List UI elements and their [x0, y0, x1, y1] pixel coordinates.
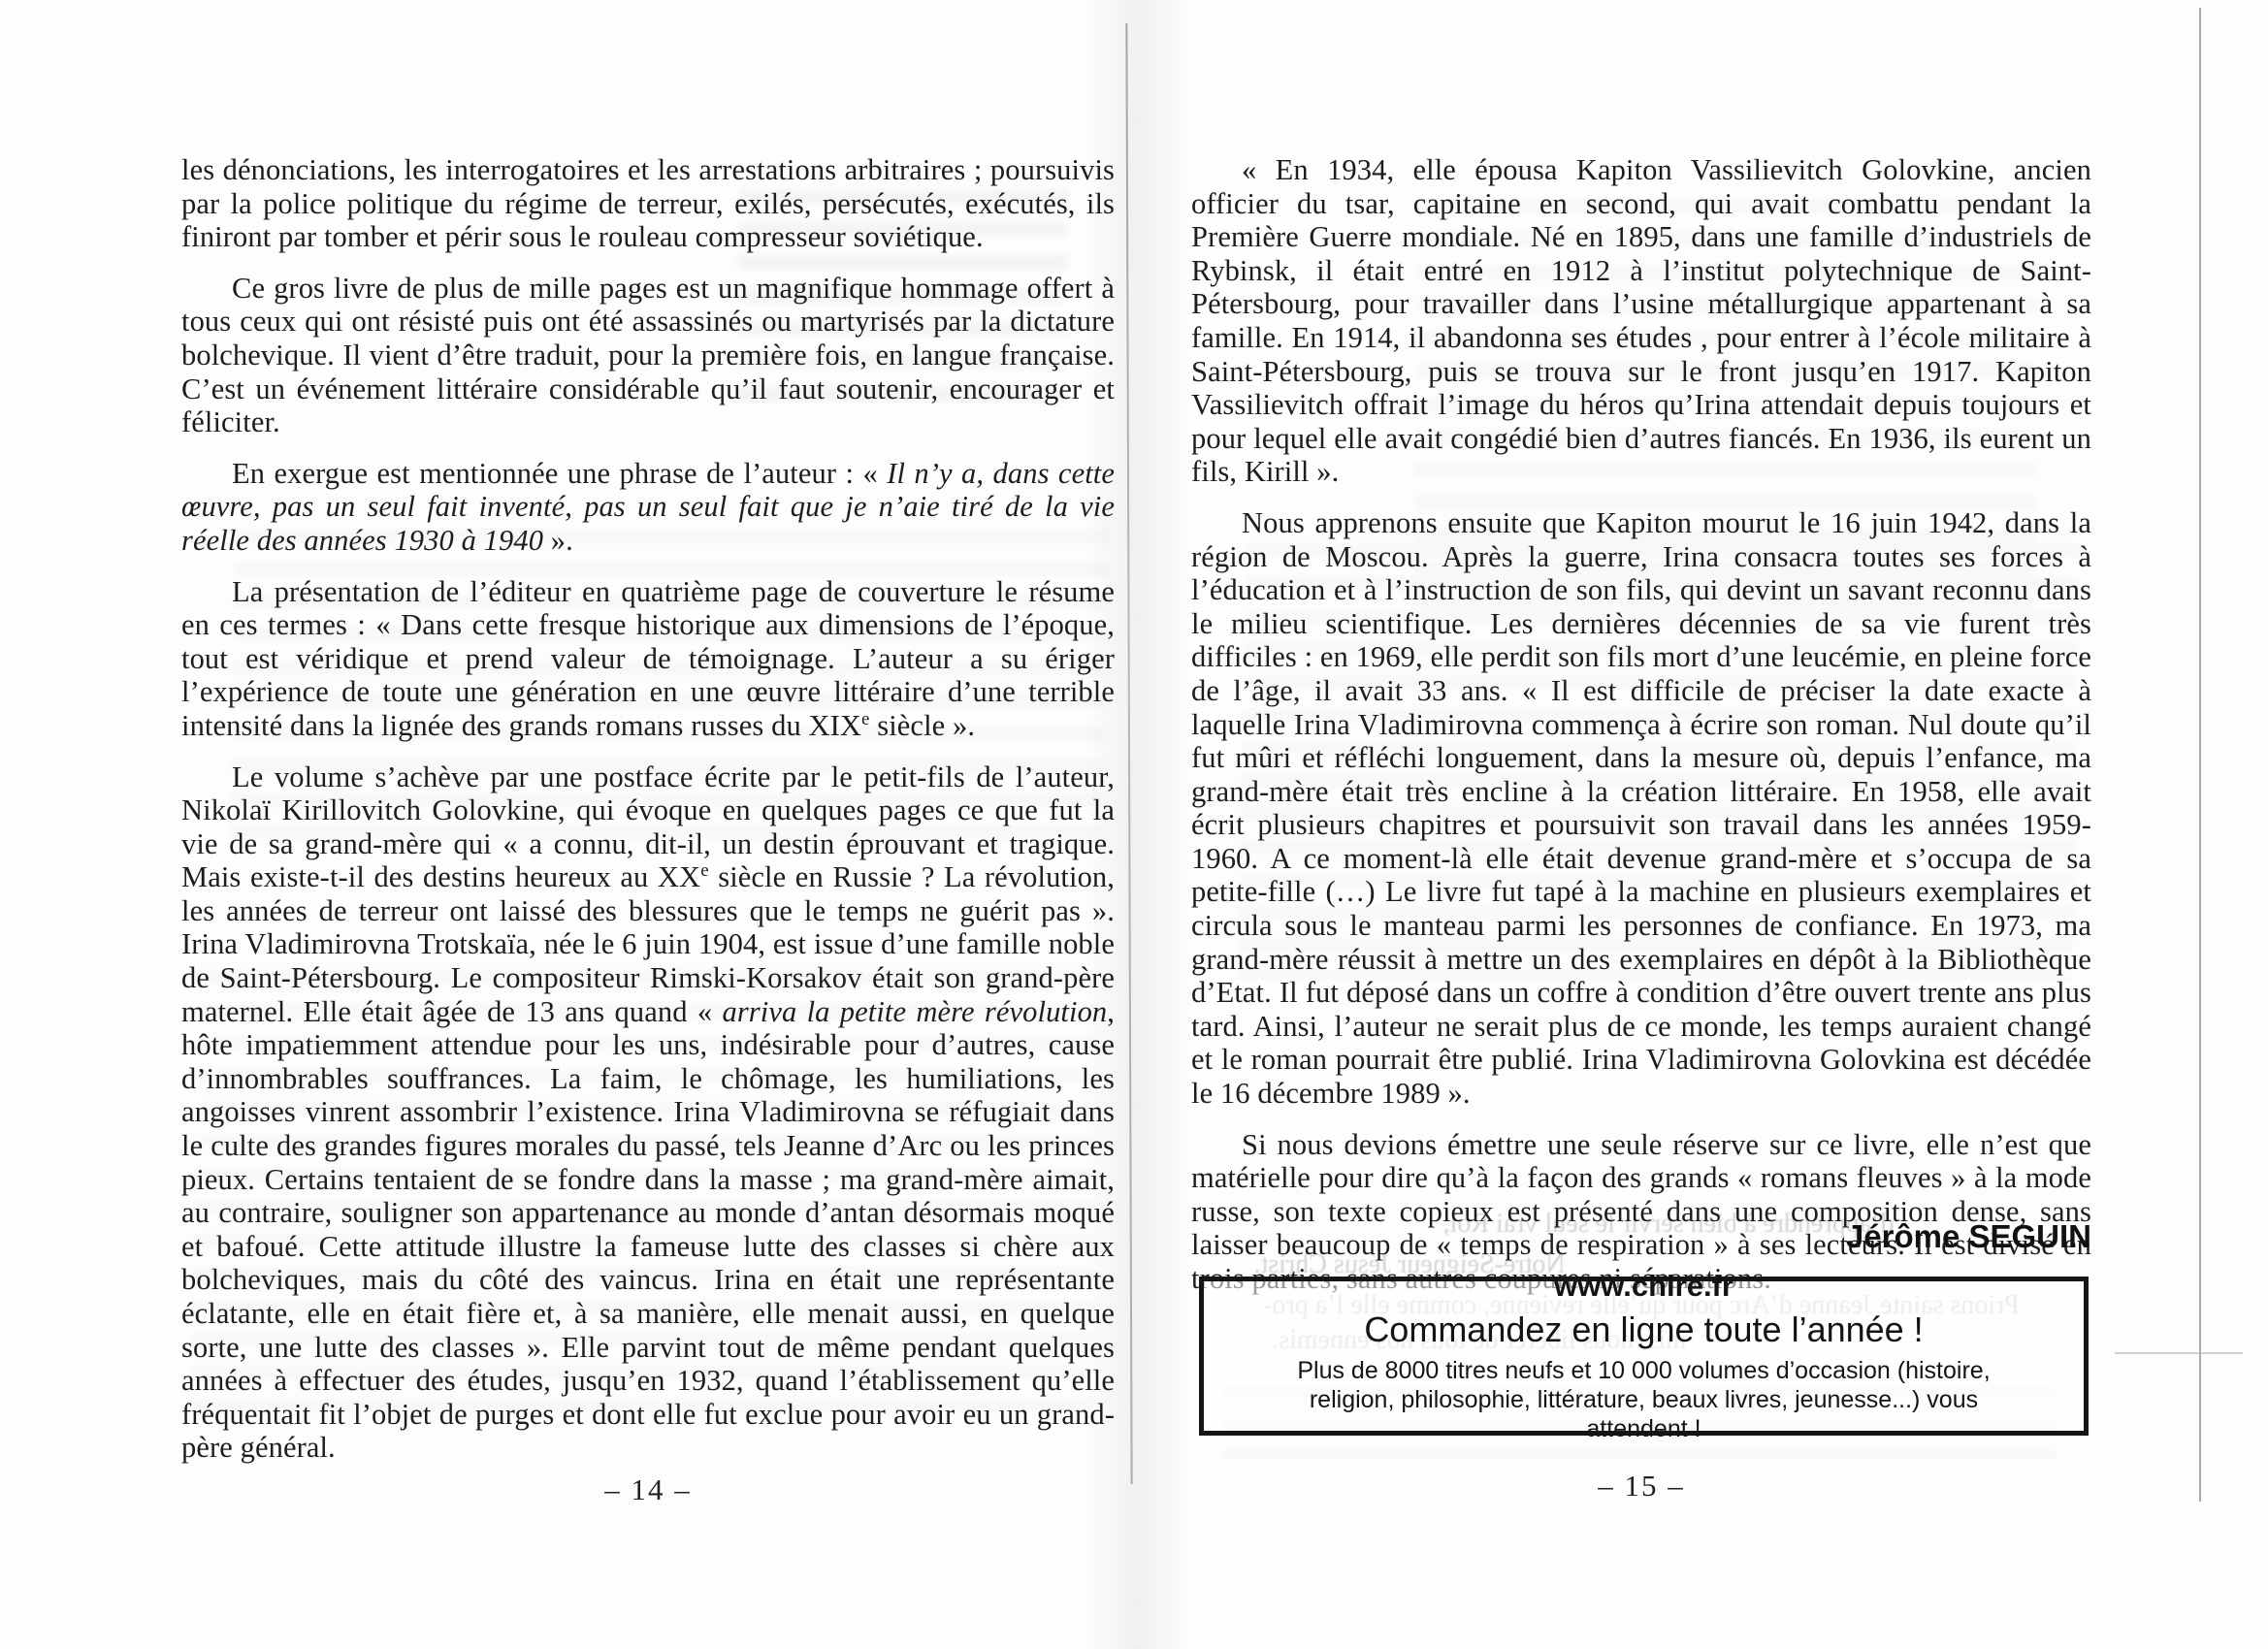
- paragraph: En exergue est mentionnée une phrase de …: [181, 457, 1115, 558]
- page-number-14: – 14 –: [181, 1472, 1115, 1507]
- ad-website-url: www.chire.fr: [1554, 1269, 1733, 1304]
- ad-tagline: Commandez en ligne toute l’année !: [1364, 1309, 1923, 1350]
- page-14-text-column: les dénonciations, les interrogatoires e…: [181, 153, 1115, 1465]
- paragraph: La présentation de l’éditeur en quatrièm…: [181, 575, 1115, 743]
- page-15-text-column: « En 1934, elle épousa Kapiton Vassiliev…: [1191, 153, 2091, 1296]
- paragraph: les dénonciations, les interrogatoires e…: [181, 153, 1115, 254]
- page-number-15: – 15 –: [1191, 1469, 2091, 1503]
- author-signature: Jérôme SEGUIN: [1191, 1218, 2091, 1255]
- chire-ad-box: www.chire.fr Commandez en ligne toute l’…: [1199, 1277, 2089, 1436]
- bleedthrough-footnote-rule: [2115, 1352, 2243, 1354]
- page-edge-line: [2199, 8, 2201, 1502]
- paragraph: Ce gros livre de plus de mille pages est…: [181, 272, 1115, 439]
- ad-description: Plus de 8000 titres neufs et 10 000 volu…: [1265, 1356, 2022, 1443]
- paragraph: Nous apprenons ensuite que Kapiton mouru…: [1191, 506, 2091, 1111]
- paragraph: Le volume s’achève par une postface écri…: [181, 760, 1115, 1465]
- paragraph: « En 1934, elle épousa Kapiton Vassiliev…: [1191, 153, 2091, 489]
- book-scan-spread: d’apprendre à bien servir le seul vrai R…: [0, 0, 2268, 1649]
